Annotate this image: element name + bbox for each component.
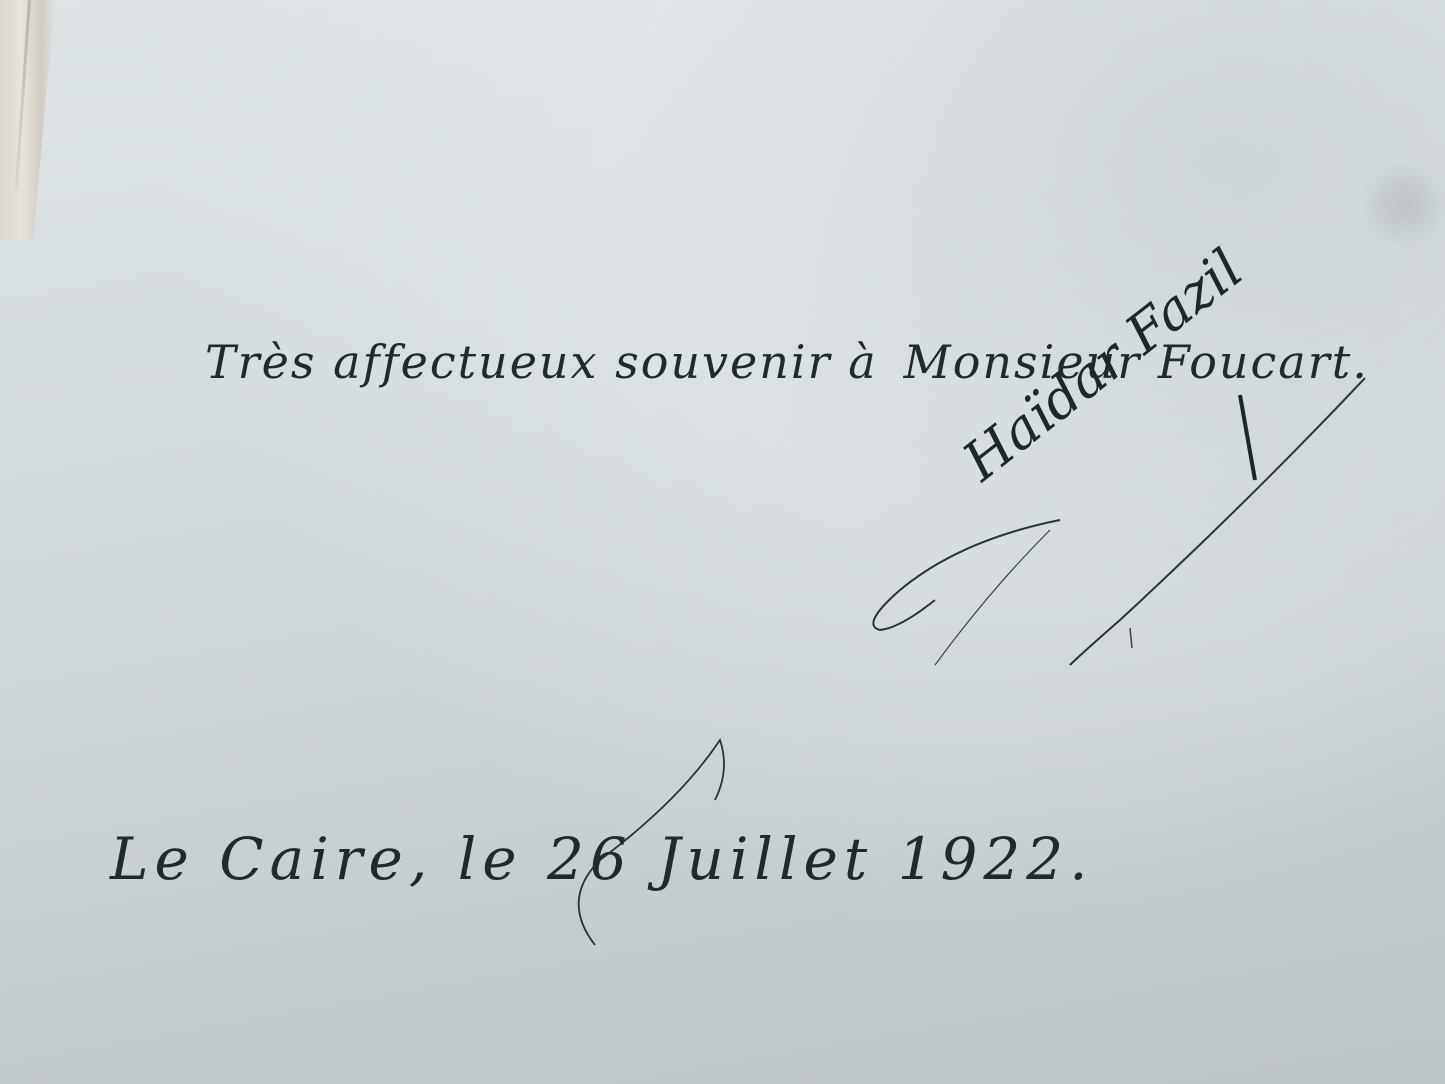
paper-page: Très affectueux souvenir àMonsieur Fouca… [0,0,1445,1084]
place-date-line: Le Caire, le 26 Juillet 1922. [110,825,1094,893]
dedication-text: Très affectueux souvenir à [205,335,878,389]
dedication-line: Très affectueux souvenir àMonsieur Fouca… [205,335,1369,389]
paper-stain [1360,160,1445,250]
signature-flourish-icon [0,0,1445,1084]
